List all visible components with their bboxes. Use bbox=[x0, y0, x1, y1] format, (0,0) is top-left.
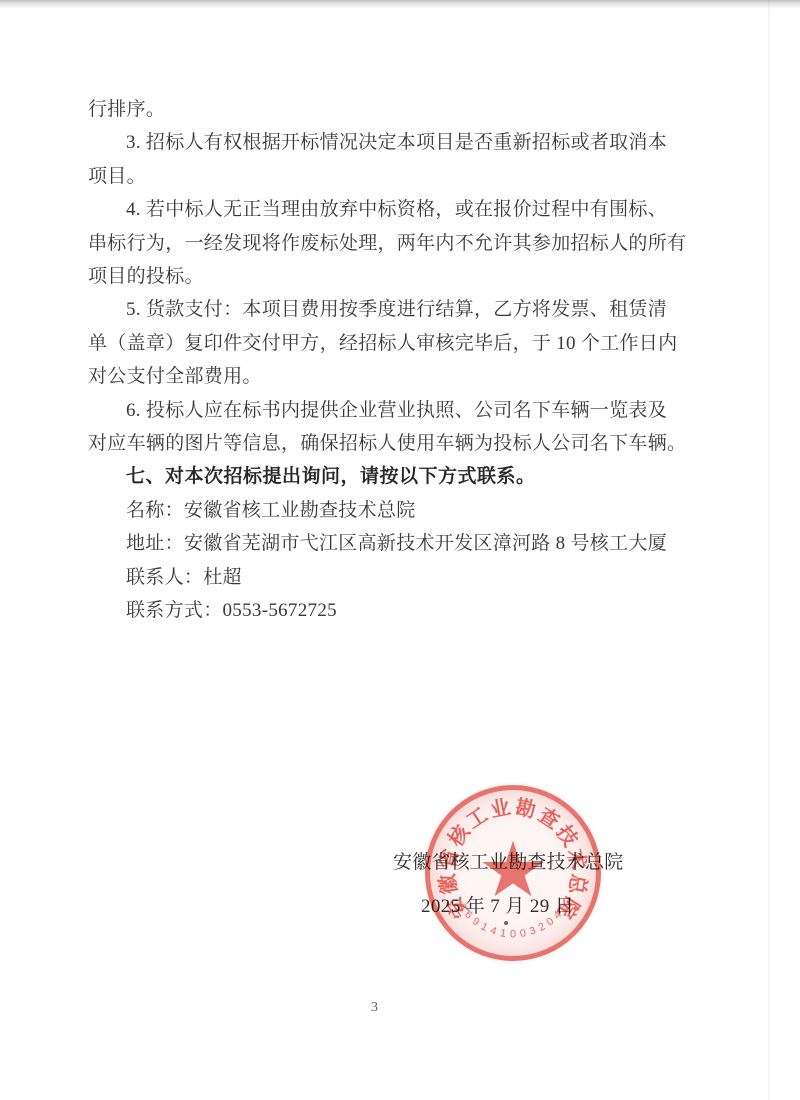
seal-ring-char: 徽 bbox=[437, 873, 460, 896]
seal-code-digit: 1 bbox=[499, 928, 507, 940]
seal-ring-char: 工 bbox=[463, 805, 491, 833]
scan-edge-top bbox=[0, 0, 800, 9]
seal-code-digit: 2 bbox=[537, 921, 548, 934]
page-number: 3 bbox=[371, 1000, 378, 1016]
seal-ring-char: 核 bbox=[446, 822, 474, 850]
scan-edge-right bbox=[768, 0, 771, 1100]
paragraph-item-5: 5. 货款支付：本项目费用按季度进行结算，乙方将发票、租赁清 单（盖章）复印件交… bbox=[88, 293, 688, 393]
seal-code-digit: 0 bbox=[510, 930, 516, 941]
official-seal: 安徽省核工业勘查技术总院 3402300141968 bbox=[425, 785, 601, 961]
paragraph-item-4: 4. 若中标人无正当理由放弃中标资格，或在报价过程中有围标、 串标行为，一经发现… bbox=[88, 193, 688, 293]
seal-code-digit: 0 bbox=[519, 928, 527, 940]
contact-phone-line: 联系方式：0553-5672725 bbox=[88, 594, 688, 627]
seal-code-digit: 1 bbox=[479, 921, 490, 934]
contact-person-line: 联系人：杜超 bbox=[88, 561, 688, 594]
seal-ring-char: 技 bbox=[553, 822, 581, 850]
paragraph-item-6: 6. 投标人应在标书内提供企业营业执照、公司名下车辆一览表及 对应车辆的图片等信… bbox=[88, 394, 688, 461]
seal-ring-char: 省 bbox=[438, 847, 462, 871]
seal-ring-char: 业 bbox=[489, 797, 512, 820]
seal-code-digit: 0 bbox=[545, 916, 557, 928]
seal-code-digit: 4 bbox=[488, 926, 497, 938]
seal-ring-char: 术 bbox=[565, 847, 589, 871]
seal-star-icon bbox=[481, 841, 545, 902]
paragraph-item-3: 3. 招标人有权根据开标情况决定本项目是否重新招标或者取消本 项目。 bbox=[88, 126, 688, 193]
section-heading: 七、对本次招标提出询问，请按以下方式联系。 bbox=[88, 460, 688, 493]
paragraph-continuation: 行排序。 bbox=[88, 93, 688, 126]
seal-ring-char: 勘 bbox=[514, 797, 537, 820]
document-body: 行排序。 3. 招标人有权根据开标情况决定本项目是否重新招标或者取消本 项目。 … bbox=[88, 93, 688, 628]
seal-ring-char: 总 bbox=[565, 873, 588, 896]
seal-code-digit: 9 bbox=[470, 916, 482, 928]
seal-code-digit: 3 bbox=[528, 926, 537, 938]
contact-address-line: 地址：安徽省芜湖市弋江区高新技术开发区漳河路 8 号核工大厦 bbox=[88, 527, 688, 560]
contact-name-line: 名称：安徽省核工业勘查技术总院 bbox=[88, 494, 688, 527]
